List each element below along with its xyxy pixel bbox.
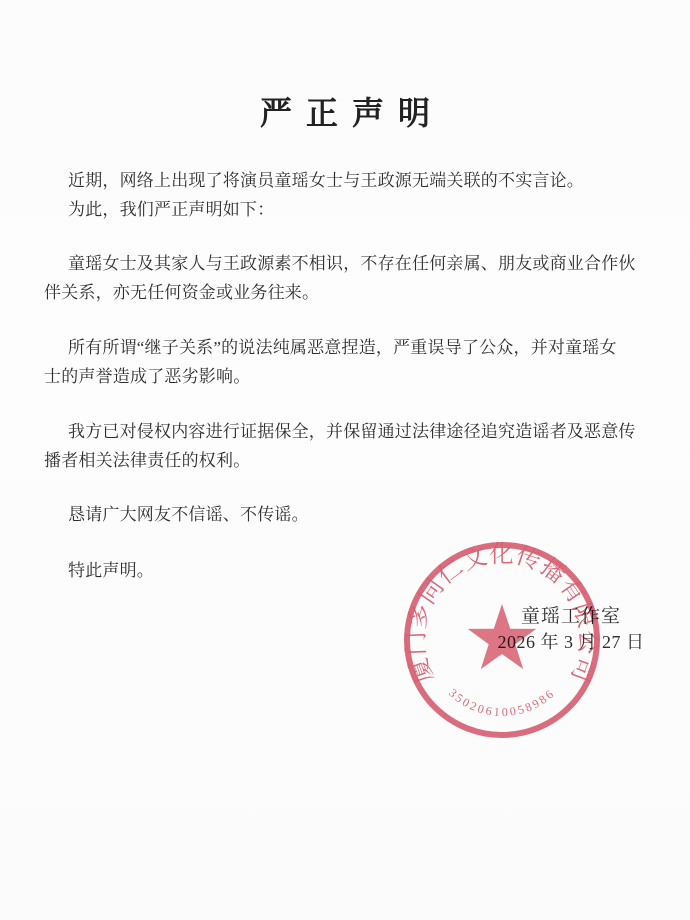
company-seal-stamp: 厦门多同仁文化传播有限公司 35020610058986: [402, 538, 602, 748]
body-line-p2-l1: 童瑶女士及其家人与王政源素不相识，不存在任何亲属、朋友或商业合作伙: [44, 254, 668, 274]
statement-document-page: 严正声明 近期，网络上出现了将演员童瑶女士与王政源无端关联的不实言论。 为此，我…: [0, 0, 690, 920]
seal-registration-number: 35020610058986: [446, 686, 558, 719]
body-line-p3-l2: 士的声誉造成了恶劣影响。: [44, 367, 644, 387]
body-line-p4-l2: 播者相关法律责任的权利。: [44, 451, 644, 471]
document-title: 严正声明: [0, 88, 690, 134]
body-line-p4-l1: 我方已对侵权内容进行证据保全，并保留通过法律途径追究造谣者及恶意传: [44, 422, 668, 442]
body-line-p1-l1: 近期，网络上出现了将演员童瑶女士与王政源无端关联的不实言论。: [44, 171, 668, 191]
body-line-p1-l2: 为此，我们严正声明如下：: [44, 200, 668, 220]
body-line-p3-l1: 所有所谓“继子关系”的说法纯属恶意捏造，严重误导了公众，并对童瑶女: [44, 338, 668, 358]
seal-star-icon: [468, 604, 536, 669]
body-line-p5: 恳请广大网友不信谣、不传谣。: [44, 505, 668, 525]
body-line-p2-l2: 伴关系，亦无任何资金或业务往来。: [44, 283, 644, 303]
